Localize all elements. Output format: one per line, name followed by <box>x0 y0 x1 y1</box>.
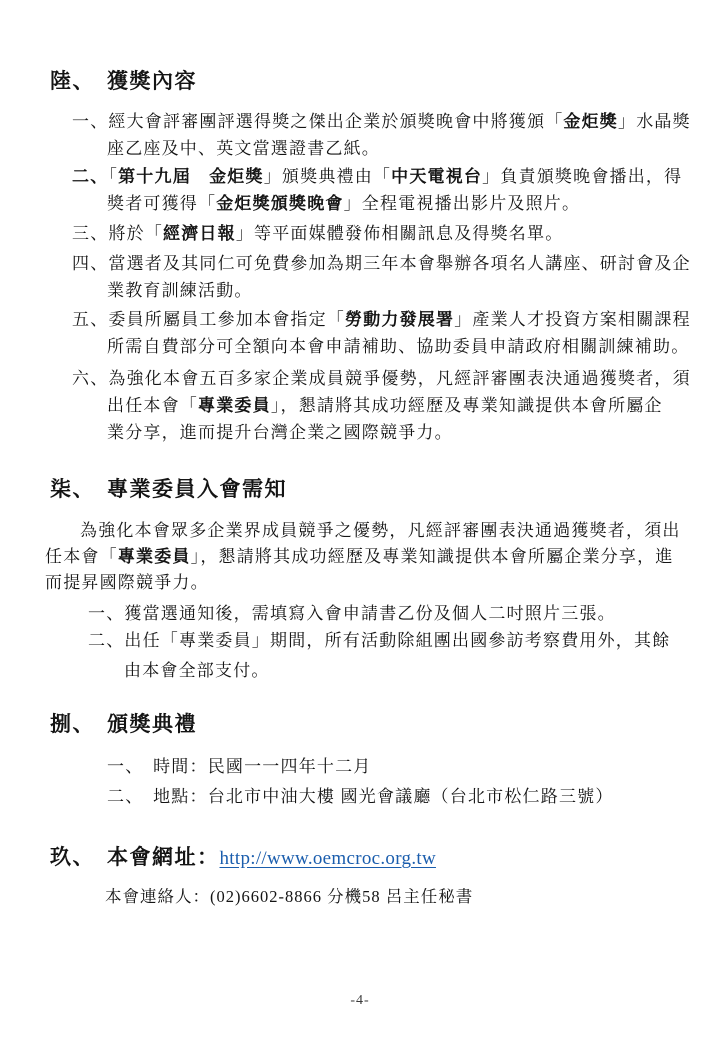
text-run: 」產業人才投資方案相關課程 <box>454 310 691 329</box>
award-item-6: 六、為強化本會五百多家企業成員競爭優勢，凡經評審團表決通過獲獎者，須 出任本會「… <box>72 365 691 446</box>
award-item-5: 五、委員所屬員工參加本會指定「勞動力發展署」產業人才投資方案相關課程 所需自費部… <box>72 306 691 360</box>
award-item-3: 三、將於「經濟日報」等平面媒體發佈相關訊息及得獎名單。 <box>72 220 563 247</box>
section-heading-9: 玖、 本會網址：http://www.oemcroc.org.tw <box>50 843 436 873</box>
text-run: 一、獲當選通知後，需填寫入會申請書乙份及個人二吋照片三張。 <box>88 604 616 623</box>
text-run: 一、經大會評審團評選得獎之傑出企業於頒獎晚會中將獲頒「 <box>72 112 563 131</box>
text-run: 」全程電視播出影片及照片。 <box>344 194 581 213</box>
text-line: 二、出任「專業委員」期間，所有活動除組團出國參訪考察費用外，其餘 <box>88 626 670 656</box>
text-run: 出任本會「 <box>107 396 198 415</box>
bold-run: 金炬獎頒獎晚會 <box>216 194 343 213</box>
text-line: 六、為強化本會五百多家企業成員競爭優勢，凡經評審團表決通過獲獎者，須 <box>72 365 691 392</box>
text-run: 」等平面媒體發佈相關訊息及得獎名單。 <box>236 224 564 243</box>
text-run: 三、將於「 <box>72 224 163 243</box>
text-run: 」頒獎典禮由「 <box>264 167 391 186</box>
membership-item-2: 二、出任「專業委員」期間，所有活動除組團出國參訪考察費用外，其餘 由本會全部支付… <box>88 626 670 686</box>
bold-run: 二、 <box>72 167 108 186</box>
text-line: 出任本會「專業委員」，懇請將其成功經歷及專業知識提供本會所屬企 <box>72 392 691 419</box>
award-item-4: 四、當選者及其同仁可免費參加為期三年本會舉辦各項名人講座、研討會及企 業教育訓練… <box>72 250 691 304</box>
text-line: 一、獲當選通知後，需填寫入會申請書乙份及個人二吋照片三張。 <box>88 600 616 627</box>
text-run: 四、當選者及其同仁可免費參加為期三年本會舉辦各項名人講座、研討會及企 <box>72 254 691 273</box>
text-line: 二、 地點：台北市中油大樓 國光會議廳（台北市松仁路三號） <box>107 783 614 810</box>
text-line: 二、「第十九屆 金炬獎」頒獎典禮由「中天電視台」負責頒獎晚會播出，得 <box>72 163 682 190</box>
text-run: 業分享，進而提升台灣企業之國際競爭力。 <box>107 423 453 442</box>
text-run: 」水晶獎 <box>618 112 691 131</box>
text-run: 六、為強化本會五百多家企業成員競爭優勢，凡經評審團表決通過獲獎者，須 <box>72 369 691 388</box>
award-item-1: 一、經大會評審團評選得獎之傑出企業於頒獎晚會中將獲頒「金炬獎」水晶獎 座乙座及中… <box>72 108 691 162</box>
contact-line: 本會連絡人：(02)6602-8866 分機58 呂主任秘書 <box>105 883 473 907</box>
text-run: 」負責頒獎晚會播出，得 <box>482 167 682 186</box>
text-run: 五、委員所屬員工參加本會指定「 <box>72 310 345 329</box>
bold-run: 經濟日報 <box>163 224 236 243</box>
award-item-2: 二、「第十九屆 金炬獎」頒獎典禮由「中天電視台」負責頒獎晚會播出，得 獎者可獲得… <box>72 163 682 217</box>
text-run: 」，懇請將其成功經歷及專業知識提供本會所屬企 <box>271 396 663 415</box>
website-link[interactable]: http://www.oemcroc.org.tw <box>220 848 436 869</box>
text-run: 一、 時間：民國一一四年十二月 <box>107 757 372 776</box>
text-run: 任本會「 <box>45 547 118 566</box>
text-run: 「 <box>108 167 118 186</box>
text-line: 四、當選者及其同仁可免費參加為期三年本會舉辦各項名人講座、研討會及企 <box>72 250 691 277</box>
section-heading-6: 陸、 獲獎內容 <box>50 67 197 95</box>
text-line: 一、 時間：民國一一四年十二月 <box>107 753 372 780</box>
text-line: 五、委員所屬員工參加本會指定「勞動力發展署」產業人才投資方案相關課程 <box>72 306 691 333</box>
text-line: 而提昇國際競爭力。 <box>45 570 681 596</box>
bold-run: 專業委員 <box>198 396 271 415</box>
text-line: 為強化本會眾多企業界成員競爭之優勢，凡經評審團表決通過獲獎者，須出 <box>45 518 681 544</box>
text-run: 獎者可獲得「 <box>107 194 216 213</box>
text-line: 所需自費部分可全額向本會申請補助、協助委員申請政府相關訓練補助。 <box>72 333 691 360</box>
bold-run: 中天電視台 <box>391 167 482 186</box>
text-run: 」，懇請將其成功經歷及專業知識提供本會所屬企業分享，進 <box>191 547 674 566</box>
text-line: 業分享，進而提升台灣企業之國際競爭力。 <box>72 419 691 446</box>
text-line: 座乙座及中、英文當選證書乙紙。 <box>72 135 691 162</box>
bold-run: 第十九屆 金炬獎 <box>118 167 264 186</box>
ceremony-item-location: 二、 地點：台北市中油大樓 國光會議廳（台北市松仁路三號） <box>107 783 614 810</box>
ceremony-item-time: 一、 時間：民國一一四年十二月 <box>107 753 372 780</box>
membership-item-1: 一、獲當選通知後，需填寫入會申請書乙份及個人二吋照片三張。 <box>88 600 616 627</box>
text-line: 任本會「專業委員」，懇請將其成功經歷及專業知識提供本會所屬企業分享，進 <box>45 544 681 570</box>
text-run: 座乙座及中、英文當選證書乙紙。 <box>107 139 380 158</box>
text-line: 一、經大會評審團評選得獎之傑出企業於頒獎晚會中將獲頒「金炬獎」水晶獎 <box>72 108 691 135</box>
text-run: 二、 地點：台北市中油大樓 國光會議廳（台北市松仁路三號） <box>107 787 614 806</box>
text-line: 獎者可獲得「金炬獎頒獎晚會」全程電視播出影片及照片。 <box>72 190 682 217</box>
section-heading-7: 柒、 專業委員入會需知 <box>50 475 287 503</box>
membership-paragraph: 為強化本會眾多企業界成員競爭之優勢，凡經評審團表決通過獲獎者，須出 任本會「專業… <box>45 518 681 596</box>
text-run: 所需自費部分可全額向本會申請補助、協助委員申請政府相關訓練補助。 <box>107 337 689 356</box>
bold-run: 專業委員 <box>118 547 191 566</box>
text-line: 三、將於「經濟日報」等平面媒體發佈相關訊息及得獎名單。 <box>72 220 563 247</box>
text-run: 由本會全部支付。 <box>124 661 270 680</box>
text-run: 業教育訓練活動。 <box>107 281 253 300</box>
text-line: 業教育訓練活動。 <box>72 277 691 304</box>
document-page: 陸、 獲獎內容 一、經大會評審團評選得獎之傑出企業於頒獎晚會中將獲頒「金炬獎」水… <box>0 0 720 1040</box>
text-run: 為強化本會眾多企業界成員競爭之優勢，凡經評審團表決通過獲獎者，須出 <box>80 521 681 540</box>
page-number: -4- <box>0 993 720 1009</box>
section-heading-8: 捌、 頒獎典禮 <box>50 710 197 738</box>
text-run: 而提昇國際競爭力。 <box>45 573 209 592</box>
bold-run: 勞動力發展署 <box>345 310 454 329</box>
text-line: 由本會全部支付。 <box>88 656 670 686</box>
text-run: 二、出任「專業委員」期間，所有活動除組團出國參訪考察費用外，其餘 <box>88 631 670 650</box>
website-label: 玖、 本會網址： <box>50 845 220 869</box>
bold-run: 金炬獎 <box>563 112 618 131</box>
